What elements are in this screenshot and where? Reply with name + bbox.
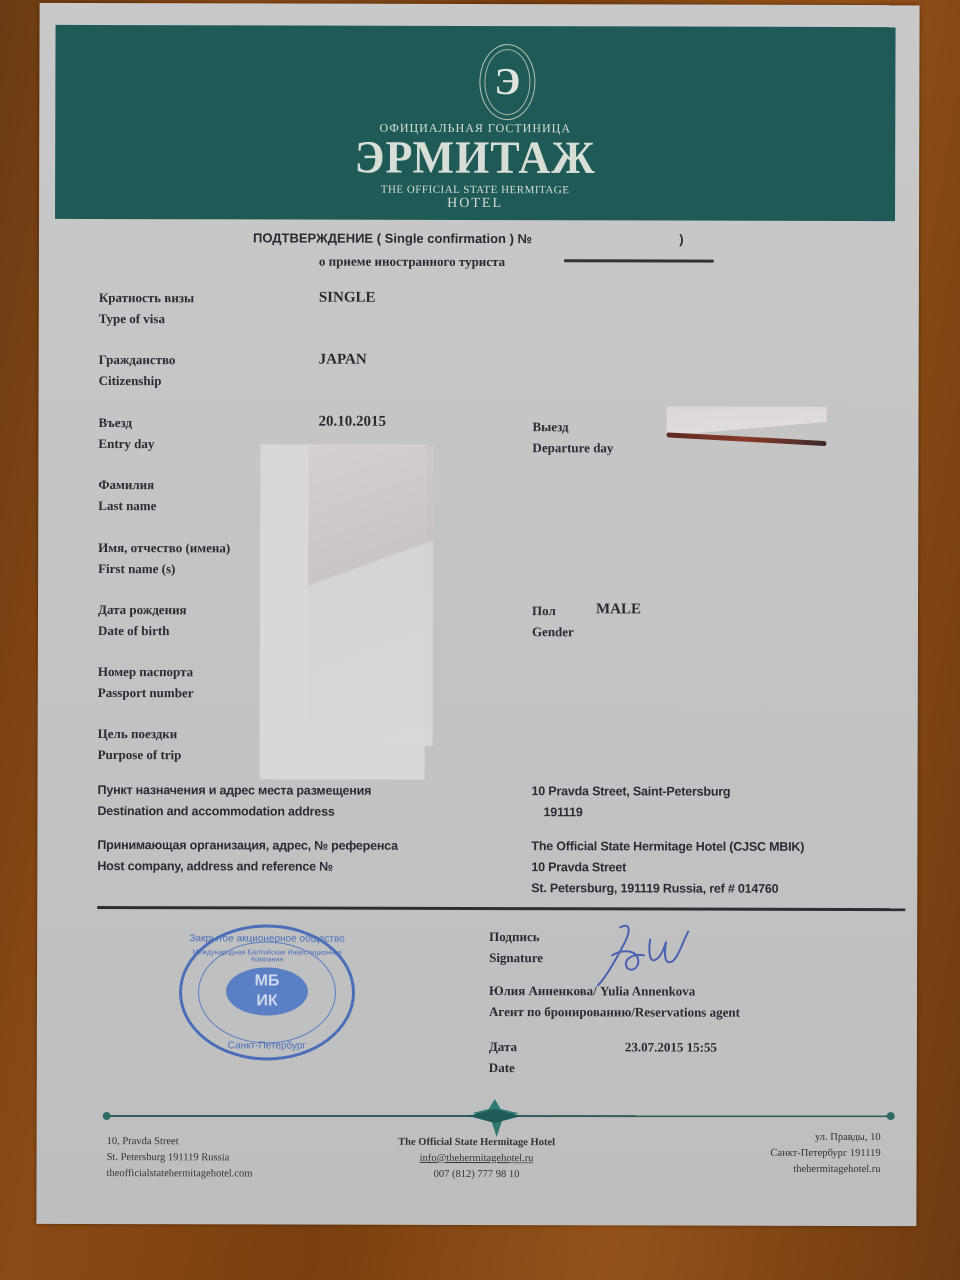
hotel-emblem-icon: Э — [479, 44, 535, 120]
departure-label: Выезд Departure day — [532, 416, 613, 458]
redaction-mark — [564, 259, 714, 262]
entry-label: Въезд Entry day — [98, 412, 154, 454]
gender-value: MALE — [596, 601, 641, 618]
banner-hotel-word: HOTEL — [55, 195, 895, 213]
footer-left: 10, Pravda Street St. Petersburg 191119 … — [107, 1134, 253, 1182]
hotel-banner: Э ОФИЦИАЛЬНАЯ ГОСТИНИЦА ЭРМИТАЖ THE OFFI… — [55, 25, 896, 221]
signature-label: Подпись Signature — [489, 926, 543, 968]
entry-value: 20.10.2015 — [318, 414, 386, 431]
last-name-label: Фамилия Last name — [98, 474, 156, 516]
first-name-label: Имя, отчество (имена) First name (s) — [98, 537, 230, 579]
footer-email-link[interactable]: info@thehermitagehotel.ru — [367, 1151, 587, 1168]
confirmation-document: Э ОФИЦИАЛЬНАЯ ГОСТИНИЦА ЭРМИТАЖ THE OFFI… — [36, 3, 919, 1226]
host-value: The Official State Hermitage Hotel (CJSC… — [531, 836, 804, 900]
date-label: Дата Date — [489, 1036, 517, 1078]
redacted-number — [536, 231, 676, 245]
date-value: 23.07.2015 15:55 — [625, 1036, 717, 1057]
visa-type-label: Кратность визы Type of visa — [99, 287, 194, 329]
gender-label: Пол Gender — [532, 600, 574, 642]
agent-info: Юлия Анненкова/ Yulia Annenkova Агент по… — [489, 980, 740, 1023]
document-title: ПОДТВЕРЖДЕНИЕ ( Single confirmation ) № … — [253, 230, 684, 246]
dob-label: Дата рождения Date of birth — [98, 599, 187, 641]
host-label: Принимающая организация, адрес, № рефере… — [97, 835, 398, 878]
destination-value: 10 Pravda Street, Saint-Petersburg 19111… — [531, 781, 730, 824]
passport-label: Номер паспорта Passport number — [98, 661, 194, 703]
citizenship-value: JAPAN — [319, 352, 367, 369]
document-subtitle: о приеме иностранного туриста — [319, 254, 505, 270]
visa-type-value: SINGLE — [319, 290, 376, 307]
company-stamp: Закрытое акционерное общество Международ… — [179, 924, 355, 1060]
purpose-label: Цель поездки Purpose of trip — [98, 723, 182, 765]
stamp-logo-icon: МБ ИК — [226, 967, 308, 1015]
section-divider — [97, 906, 905, 911]
footer-right: ул. Правды, 10 Санкт-Петербург 191119 th… — [770, 1130, 880, 1178]
handwritten-signature-icon — [592, 919, 702, 989]
footer-center: The Official State Hermitage Hotel info@… — [367, 1135, 587, 1184]
destination-label: Пункт назначения и адрес места размещени… — [97, 780, 371, 823]
citizenship-label: Гражданство Citizenship — [99, 349, 176, 391]
banner-hotel-name: ЭРМИТАЖ — [55, 130, 895, 186]
personal-data-redaction-overlay — [308, 446, 434, 746]
